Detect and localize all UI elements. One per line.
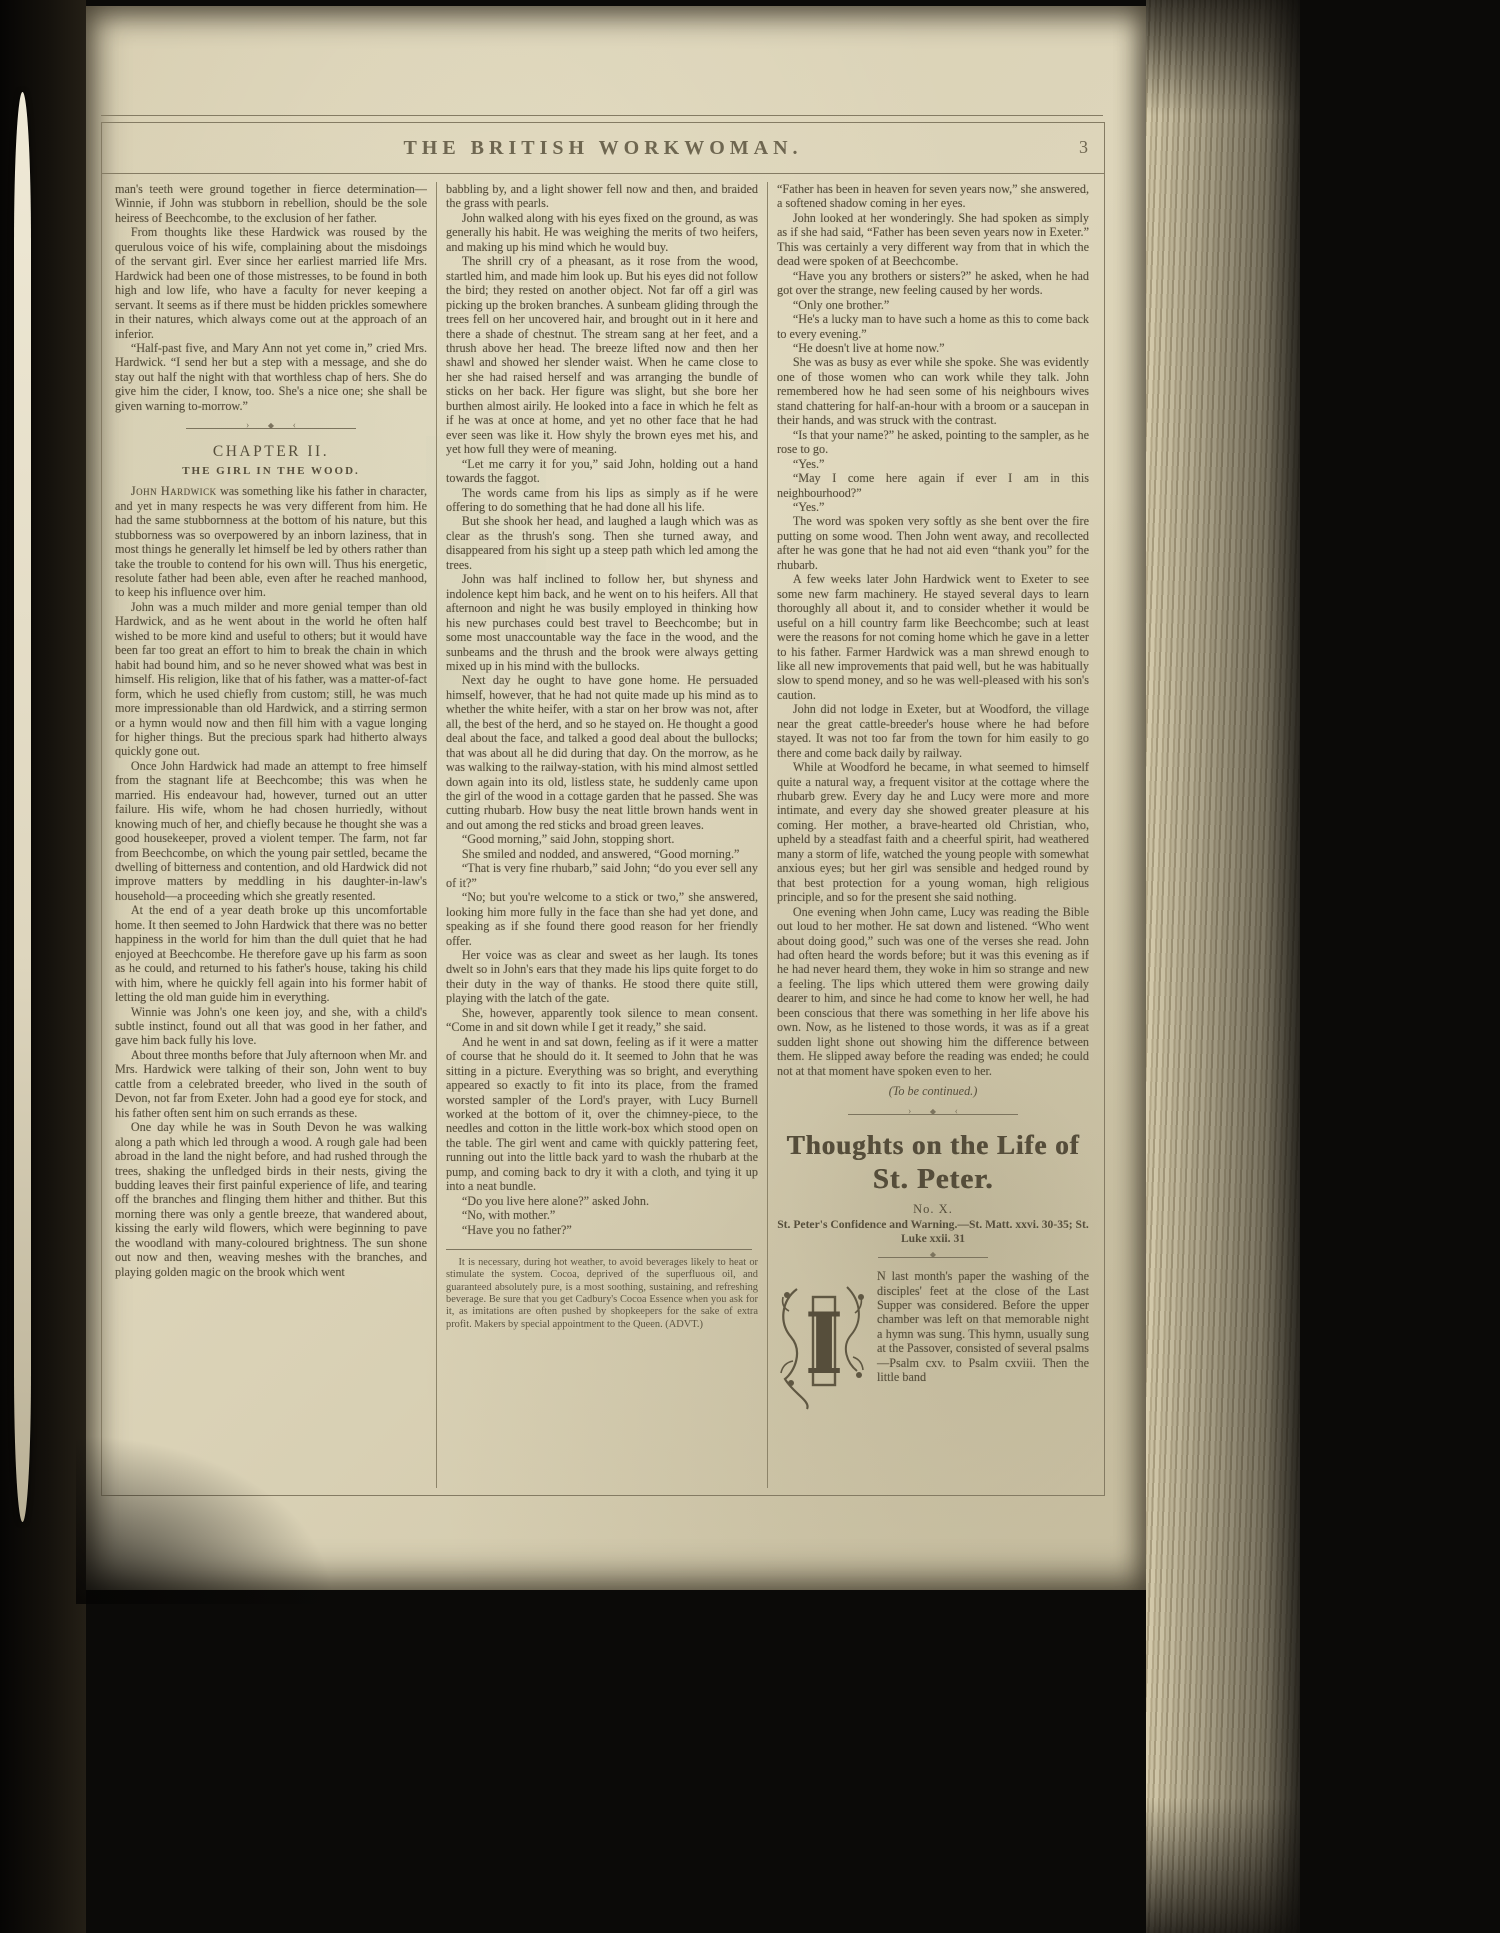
dialogue-line: “Do you live here alone?” asked John. [446,1194,758,1208]
paragraph: John walked along with his eyes fixed on… [446,211,758,254]
paragraph: At the end of a year death broke up this… [115,903,427,1004]
dialogue-line: “That is very fine rhubarb,” said John; … [446,861,758,890]
advertisement-footnote: It is necessary, during hot weather, to … [446,1257,758,1331]
paragraph: A few weeks later John Hardwick went to … [777,572,1089,702]
chapter-heading: CHAPTER II. [115,443,427,461]
column-1: man's teeth were ground together in fier… [115,182,427,1488]
section-title-line2: St. Peter. [777,1163,1089,1196]
paragraph: “Half-past five, and Mary Ann not yet co… [115,341,427,413]
paragraph: From thoughts like these Hardwick was ro… [115,225,427,341]
paragraph: The words came from his lips as simply a… [446,486,758,515]
binding-gutter [0,0,86,1933]
ornate-initial-icon: I [777,1271,869,1413]
paragraph: About three months before that July afte… [115,1048,427,1120]
dialogue-line: “Father has been in heaven for seven yea… [777,182,1089,211]
dialogue-line: “May I come here again if ever I am in t… [777,471,1089,500]
paragraph: Winnie was John's one keen joy, and she,… [115,1005,427,1048]
paragraph: One day while he was in South Devon he w… [115,1120,427,1279]
opposite-page-edge [14,92,31,1522]
initial-flourish-icon: I [777,1271,869,1413]
paragraph: She, however, apparently took silence to… [446,1006,758,1035]
paragraph: John was half inclined to follow her, bu… [446,572,758,673]
dialogue-line: “Good morning,” said John, stopping shor… [446,832,758,846]
book-photo: THE BRITISH WORKWOMAN. 3 man's teeth wer… [0,0,1500,1933]
dialogue-line: “Have you any brothers or sisters?” he a… [777,269,1089,298]
dialogue-line: “Yes.” [777,457,1089,471]
paragraph-text: was something like his father in charact… [115,484,427,599]
paragraph: Her voice was as clear and sweet as her … [446,948,758,1006]
dialogue-line: “He doesn't live at home now.” [777,341,1089,355]
dialogue-line: “Only one brother.” [777,298,1089,312]
photo-background [1300,0,1500,1933]
dialogue-line: “No, with mother.” [446,1208,758,1222]
printed-frame: THE BRITISH WORKWOMAN. 3 man's teeth wer… [101,122,1105,1496]
paragraph: The word was spoken very softly as she b… [777,514,1089,572]
dialogue-line: “Let me carry it for you,” said John, ho… [446,457,758,486]
paragraph: While at Woodford he became, in what see… [777,760,1089,905]
to-be-continued-note: (To be continued.) [777,1084,1089,1099]
smallcaps-lead: John Hardwick [131,484,217,498]
paragraph: But she shook her head, and laughed a la… [446,514,758,572]
footnote-rule [446,1249,752,1250]
paragraph: One evening when John came, Lucy was rea… [777,905,1089,1078]
paragraph: And he went in and sat down, feeling as … [446,1035,758,1194]
dialogue-line: “No; but you're welcome to a stick or tw… [446,890,758,948]
paragraph: John looked at her wonderingly. She had … [777,211,1089,269]
initial-letter: I [804,1294,843,1393]
dialogue-line: “Is that your name?” he asked, pointing … [777,428,1089,457]
paragraph: Once John Hardwick had made an attempt t… [115,759,427,904]
column-rule [436,182,437,1488]
paragraph: The shrill cry of a pheasant, as it rose… [446,254,758,456]
paragraph: John did not lodge in Exeter, but at Woo… [777,702,1089,760]
paragraph: babbling by, and a light shower fell now… [446,182,758,211]
paragraph: John Hardwick was something like his fat… [115,484,427,600]
paragraph: John was a much milder and more genial t… [115,600,427,759]
divider-ornament-icon [848,1109,1018,1120]
column-rule [767,182,768,1488]
paragraph: Next day he ought to have gone home. He … [446,673,758,832]
page-stack-edges [1146,0,1314,1933]
divider-ornament-icon [186,423,356,434]
column-2: babbling by, and a light shower fell now… [446,182,758,1488]
chapter-subheading: THE GIRL IN THE WOOD. [115,465,427,477]
paragraph: man's teeth were ground together in fier… [115,182,427,225]
divider-ornament-icon [878,1252,988,1263]
column-3: “Father has been in heaven for seven yea… [777,182,1089,1488]
running-head: THE BRITISH WORKWOMAN. 3 [102,123,1104,174]
page-paper: THE BRITISH WORKWOMAN. 3 man's teeth wer… [86,6,1146,1590]
section-opening: I N last month's paper the washing of th… [777,1269,1089,1385]
section-title-line1: Thoughts on the Life of [777,1130,1089,1161]
scripture-reference: St. Peter's Confidence and Warning.—St. … [777,1218,1089,1246]
page-title: THE BRITISH WORKWOMAN. [403,137,802,160]
paragraph: She was as busy as ever while she spoke.… [777,355,1089,427]
dialogue-line: “Have you no father?” [446,1223,758,1237]
dialogue-line: “Yes.” [777,500,1089,514]
page-number: 3 [1079,137,1088,158]
text-columns: man's teeth were ground together in fier… [102,174,1104,1488]
dialogue-line: “He's a lucky man to have such a home as… [777,312,1089,341]
series-number: No. X. [777,1202,1089,1217]
dialogue-line: She smiled and nodded, and answered, “Go… [446,847,758,861]
